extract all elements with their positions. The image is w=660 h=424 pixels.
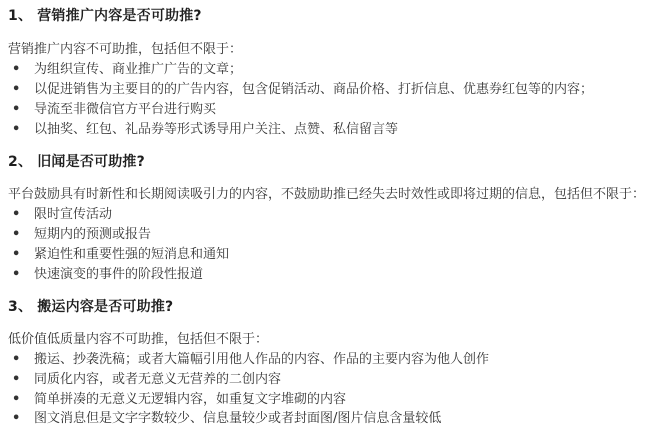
section-1-intro: 营销推广内容不可助推，包括但不限于： (8, 38, 242, 57)
list-item: •为组织宣传、商业推广广告的文章； (8, 58, 242, 77)
list-item: •紧迫性和重要性强的短消息和通知 (8, 243, 229, 262)
list-item: •以抽奖、红包、礼品券等形式诱导用户关注、点赞、私信留言等 (8, 118, 398, 137)
bullet-icon: • (8, 372, 34, 387)
bullet-icon: • (8, 411, 34, 424)
section-2-heading: 2、 旧闻是否可助推? (8, 151, 145, 171)
section-2-intro: 平台鼓励具有时新性和长期阅读吸引力的内容，不鼓励助推已经失去时效性或即将过期的信… (8, 183, 645, 202)
list-item: •简单拼凑的无意义无逻辑内容，如重复文字堆砌的内容 (8, 388, 346, 407)
section-3-intro: 低价值低质量内容不可助推，包括但不限于： (8, 328, 268, 347)
list-item: •图文消息但是文字字数较少、信息量较少或者封面图/图片信息含量较低 (8, 407, 441, 424)
bullet-icon: • (8, 247, 34, 262)
section-3-heading: 3、 搬运内容是否可助推? (8, 296, 173, 316)
bullet-icon: • (8, 352, 34, 367)
bullet-icon: • (8, 102, 34, 117)
bullet-icon: • (8, 267, 34, 282)
bullet-icon: • (8, 62, 34, 77)
list-item: •以促进销售为主要目的的广告内容，包含促销活动、商品价格、打折信息、优惠券红包等… (8, 78, 593, 97)
section-1-heading: 1、 营销推广内容是否可助推? (8, 5, 202, 25)
list-item: •搬运、抄袭洗稿；或者大篇幅引用他人作品的内容、作品的主要内容为他人创作 (8, 348, 489, 367)
bullet-icon: • (8, 227, 34, 242)
list-item: •短期内的预测或报告 (8, 223, 151, 242)
list-item: •快速演变的事件的阶段性报道 (8, 263, 203, 282)
bullet-icon: • (8, 392, 34, 407)
list-item: •限时宣传活动 (8, 203, 112, 222)
list-item: •同质化内容，或者无意义无营养的二创内容 (8, 368, 281, 387)
bullet-icon: • (8, 207, 34, 222)
bullet-icon: • (8, 122, 34, 137)
bullet-icon: • (8, 82, 34, 97)
list-item: •导流至非微信官方平台进行购买 (8, 98, 216, 117)
